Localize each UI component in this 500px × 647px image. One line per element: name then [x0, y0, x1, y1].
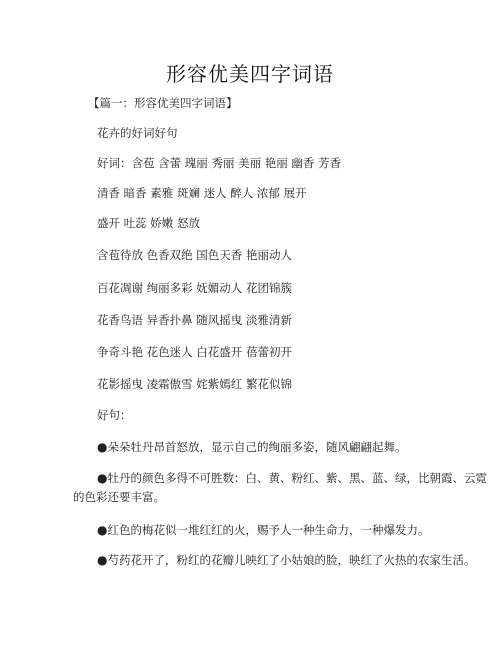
section-heading: 【篇一：形容优美四字词语】 — [88, 96, 238, 110]
word-line: 百花凋谢 绚丽多彩 妩媚动人 花团锦簇 — [97, 281, 292, 295]
document-title: 形容优美四字词语 — [0, 58, 500, 87]
sentence-text: 牡丹的颜色多得不可胜数：白、黄、粉红、紫、黑、蓝、绿，比朝霞、云霓 — [107, 471, 487, 485]
word-line: 清香 暗香 素雅 斑斓 迷人 醉人 浓郁 展开 — [97, 186, 307, 200]
sentences-label: 好句： — [97, 408, 132, 422]
word-line: 含苞待放 色香双绝 国色天香 艳丽动人 — [97, 248, 292, 262]
sentence-continuation: 的色彩还要丰富。 — [73, 490, 165, 504]
sentence-item: ●朵朵牡丹昂首怒放，显示自己的绚丽多姿，随风翩翩起舞。 — [97, 440, 406, 454]
document-page: 形容优美四字词语 【篇一：形容优美四字词语】 花卉的好词好句 好词：含苞 含蕾 … — [0, 0, 500, 647]
sentence-text: 芍药花开了，粉红的花瓣儿映红了小姑娘的脸，映红了火热的农家生活。 — [107, 553, 475, 567]
bullet-icon: ● — [97, 440, 107, 454]
sentence-text: 朵朵牡丹昂首怒放，显示自己的绚丽多姿，随风翩翩起舞。 — [107, 440, 406, 454]
word-line: 盛开 吐蕊 娇嫩 怒放 — [97, 216, 200, 230]
sentence-item: ●红色的梅花似一堆红红的火，赐予人一种生命力，一种爆发力。 — [97, 523, 429, 537]
sentence-item: ●牡丹的颜色多得不可胜数：白、黄、粉红、紫、黑、蓝、绿，比朝霞、云霓 — [97, 471, 487, 485]
word-line: 花香鸟语 异香扑鼻 随风摇曳 淡雅清新 — [97, 313, 292, 327]
words-label-line: 好词：含苞 含蕾 瑰丽 秀丽 美丽 艳丽 幽香 芳香 — [97, 156, 341, 170]
subheading: 花卉的好词好句 — [97, 126, 178, 140]
bullet-icon: ● — [97, 523, 107, 537]
bullet-icon: ● — [97, 471, 107, 485]
bullet-icon: ● — [97, 553, 107, 567]
word-line: 争奇斗艳 花色迷人 白花盛开 蓓蕾初开 — [97, 345, 292, 359]
word-line: 花影摇曳 凌霜傲雪 姹紫嫣红 繁花似锦 — [97, 377, 292, 391]
sentence-item: ●芍药花开了，粉红的花瓣儿映红了小姑娘的脸，映红了火热的农家生活。 — [97, 553, 475, 567]
sentence-text: 红色的梅花似一堆红红的火，赐予人一种生命力，一种爆发力。 — [107, 523, 429, 537]
